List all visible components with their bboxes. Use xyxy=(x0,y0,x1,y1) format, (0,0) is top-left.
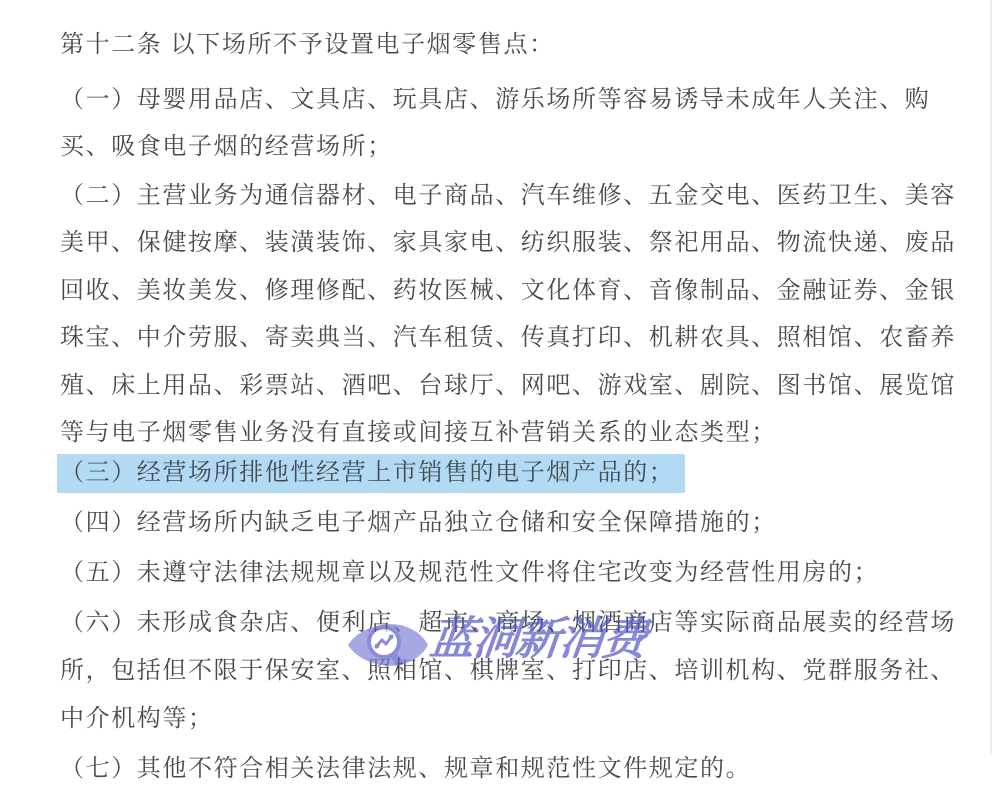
clause-6-line-1: （六）未形成食杂店、便利店、超市、商场、烟酒商店等实际商品展卖的经营场 xyxy=(60,611,956,635)
clause-4-line: （四）经营场所内缺乏电子烟产品独立仓储和安全保障措施的； xyxy=(60,511,777,535)
highlighted-clause-3-line: （三）经营场所排他性经营上市销售的电子烟产品的； xyxy=(60,461,674,485)
right-edge-rule xyxy=(990,0,992,755)
clause-6-line-2: 所，包括但不限于保安室、照相馆、棋牌室、打印店、培训机构、党群服务社、 xyxy=(60,659,956,683)
clause-6-line-3: 中介机构等； xyxy=(60,707,214,731)
clause-2-line-2: 美甲、保健按摩、装潢装饰、家具家电、纺织服装、祭祀用品、物流快递、废品 xyxy=(60,231,956,255)
clause-5-line: （五）未遵守法律法规规章以及规范性文件将住宅改变为经营性用房的； xyxy=(60,561,879,585)
clause-1-line-1: （一）母婴用品店、文具店、玩具店、游乐场所等容易诱导未成年人关注、购 xyxy=(60,88,930,112)
clause-1-line-2: 买、吸食电子烟的经营场所； xyxy=(60,135,393,159)
clause-2-line-5: 殖、床上用品、彩票站、酒吧、台球厅、网吧、游戏室、剧院、图书馆、展览馆 xyxy=(60,374,956,398)
clause-2-line-1: （二）主营业务为通信器材、电子商品、汽车维修、五金交电、医药卫生、美容 xyxy=(60,184,956,208)
clause-2-line-3: 回收、美妆美发、修理修配、药妆医械、文化体育、音像制品、金融证券、金银 xyxy=(60,279,956,303)
clause-7-line: （七）其他不符合相关法律法规、规章和规范性文件规定的。 xyxy=(60,757,751,781)
article-heading-line: 第十二条 以下场所不予设置电子烟零售点： xyxy=(60,33,555,57)
clause-2-line-4: 珠宝、中介劳服、寄卖典当、汽车租赁、传真打印、机耕农具、照相馆、农畜养 xyxy=(60,326,956,350)
clause-2-line-6: 等与电子烟零售业务没有直接或间接互补营销关系的业态类型； xyxy=(60,421,777,445)
document-page: 第十二条 以下场所不予设置电子烟零售点： （一）母婴用品店、文具店、玩具店、游乐… xyxy=(0,0,1000,808)
